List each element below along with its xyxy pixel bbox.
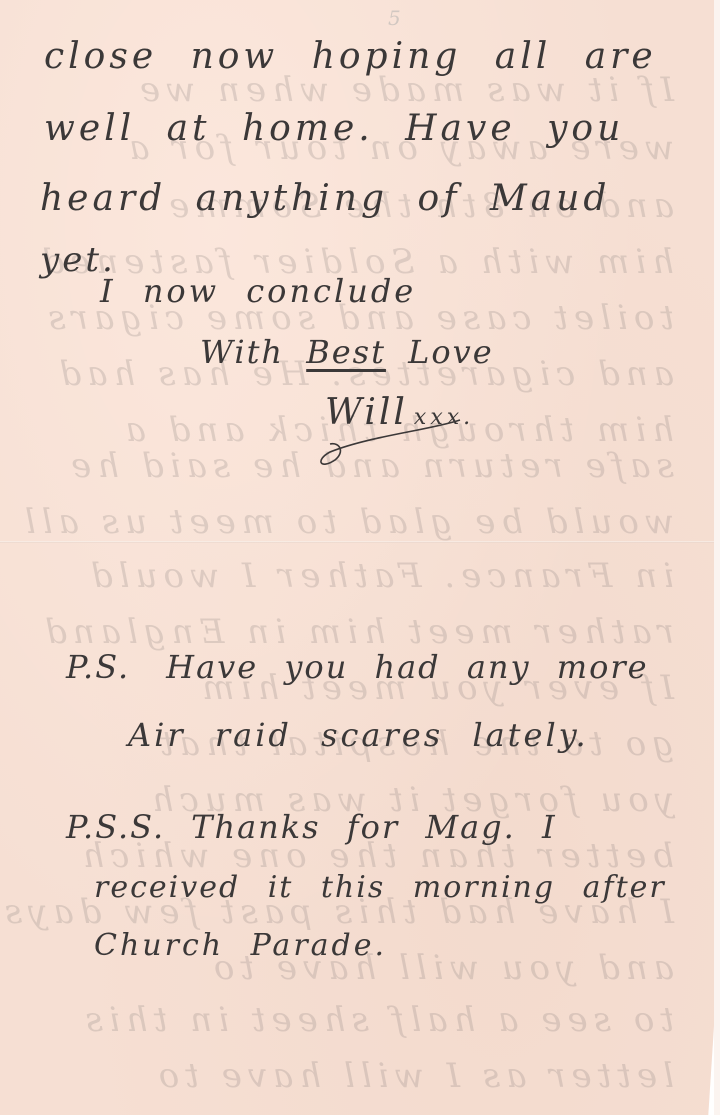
postscript-1-line: Air raid scares lately. — [128, 716, 589, 754]
postscript-2-line: Church Parade. — [94, 928, 387, 963]
postscript-2-line: received it this morning after — [94, 870, 666, 905]
closing-suffix: Love — [408, 333, 494, 371]
body-line: well at home. Have you — [44, 108, 624, 149]
paper-edge — [714, 0, 720, 1115]
closing-emphasis: Best — [306, 333, 386, 371]
closing-line: With Best Love — [200, 333, 494, 371]
postscript-label: P.S. — [66, 648, 130, 686]
body-line: close now hoping all are — [44, 36, 657, 77]
closing-prefix: With — [200, 333, 284, 371]
postscript-2-line: P.S.S.Thanks for Mag. I — [66, 808, 557, 846]
postscript-text: Thanks for Mag. I — [191, 808, 557, 846]
conclusion-line: I now conclude — [100, 272, 416, 310]
body-line: heard anything of Maud — [40, 178, 610, 219]
postscript-text: Have you had any more — [166, 648, 648, 686]
page-number: 5 — [388, 6, 401, 30]
fold-crease — [0, 541, 714, 543]
postscript-1-line: P.S.Have you had any more — [66, 648, 649, 686]
postscript-label: P.S.S. — [66, 808, 165, 846]
signature-flourish-icon — [310, 418, 470, 468]
